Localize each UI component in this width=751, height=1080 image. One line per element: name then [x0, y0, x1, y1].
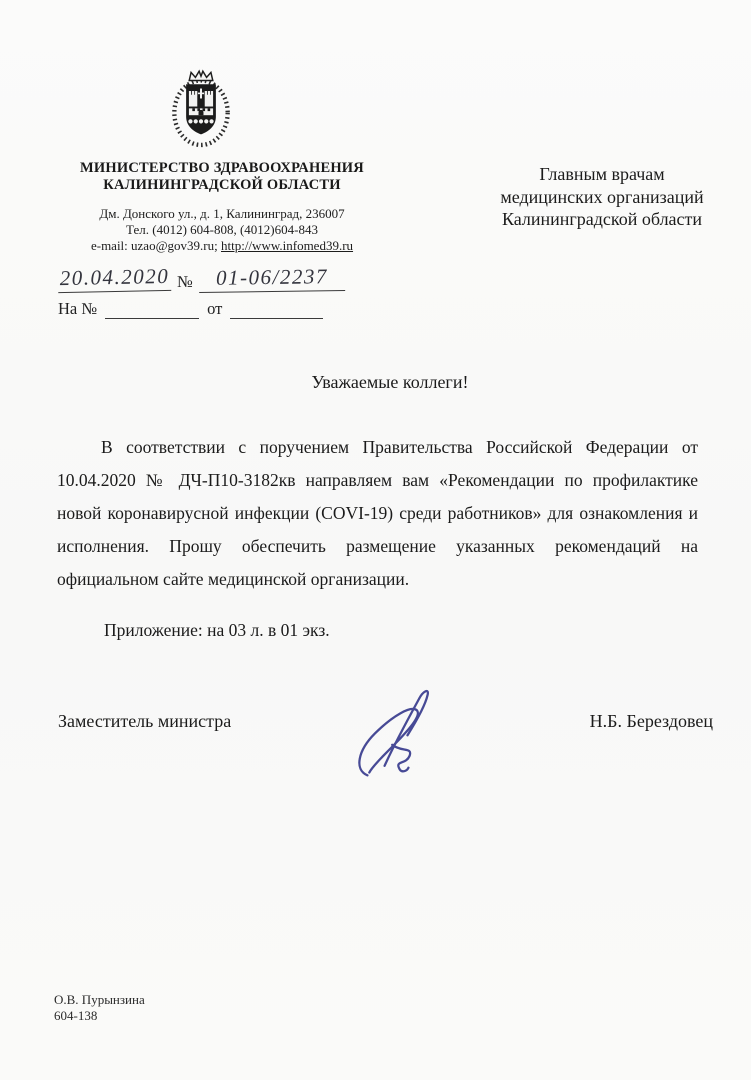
body-line: официальном сайте медицинской организаци…	[57, 563, 698, 596]
scanned-letter-page: МИНИСТЕРСТВО ЗДРАВООХРАНЕНИЯ КАЛИНИНГРАД…	[0, 0, 751, 1080]
handwritten-signature-icon	[332, 678, 462, 783]
body-line: В соответствии с поручением Правительств…	[57, 431, 698, 464]
letterhead-contacts: Дм. Донского ул., д. 1, Калининград, 236…	[48, 206, 396, 254]
reply-to-label: На №	[58, 299, 97, 319]
outgoing-date-handwritten: 20.04.2020	[58, 264, 172, 293]
email-text: e-mail: uzao@gov39.ru;	[91, 238, 221, 253]
address-line: Дм. Донского ул., д. 1, Калининград, 236…	[48, 206, 396, 222]
recipient-line3: Калининградской области	[492, 208, 712, 231]
executor-name: О.В. Пурынзина	[54, 992, 145, 1008]
reply-from-label: от	[207, 299, 222, 319]
recipient-line2: медицинских организаций	[492, 186, 712, 209]
reply-number-blank-line	[105, 303, 199, 319]
signer-name: Н.Б. Берездовец	[590, 711, 713, 732]
salutation: Уважаемые коллеги!	[60, 372, 720, 393]
body-line: исполнения. Прошу обеспечить размещение …	[57, 530, 698, 563]
outgoing-reference-row: 20.04.2020 № 01-06/2237	[58, 260, 358, 292]
recipient-block: Главным врачам медицинских организаций К…	[492, 163, 712, 231]
executor-block: О.В. Пурынзина 604-138	[54, 992, 145, 1023]
ministry-name-line2: КАЛИНИНГРАДСКОЙ ОБЛАСТИ	[48, 177, 396, 194]
ministry-name: МИНИСТЕРСТВО ЗДРАВООХРАНЕНИЯ КАЛИНИНГРАД…	[48, 160, 396, 194]
executor-phone: 604-138	[54, 1008, 145, 1024]
reply-date-blank-line	[230, 303, 323, 319]
reference-block: 20.04.2020 № 01-06/2237 На № от	[58, 260, 358, 319]
outgoing-number-handwritten: 01-06/2237	[199, 264, 345, 293]
recipient-line1: Главным врачам	[492, 163, 712, 186]
body-line: 10.04.2020 № ДЧ-П10-3182кв направляем ва…	[57, 464, 698, 497]
kaliningrad-coat-of-arms-icon	[170, 68, 232, 150]
website-url: http://www.infomed39.ru	[221, 238, 353, 253]
attachment-note: Приложение: на 03 л. в 01 экз.	[104, 620, 330, 641]
number-sign: №	[177, 272, 193, 292]
body-line: новой коронавирусной инфекции (COVI-19) …	[57, 497, 698, 530]
body-paragraph: В соответствии с поручением Правительств…	[57, 431, 698, 596]
ministry-name-line1: МИНИСТЕРСТВО ЗДРАВООХРАНЕНИЯ	[48, 160, 396, 177]
reply-reference-row: На № от	[58, 293, 358, 319]
phone-line: Тел. (4012) 604-808, (4012)604-843	[48, 222, 396, 238]
email-line: e-mail: uzao@gov39.ru; http://www.infome…	[48, 238, 396, 254]
signer-position: Заместитель министра	[58, 711, 231, 732]
